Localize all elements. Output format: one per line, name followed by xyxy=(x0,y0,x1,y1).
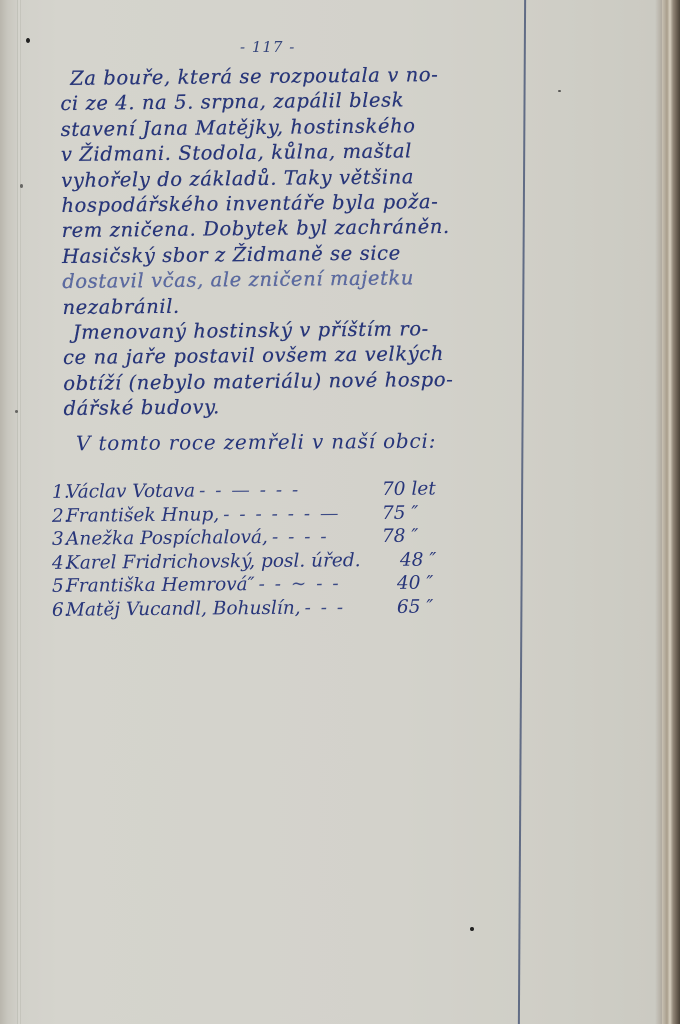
item-number: 3. xyxy=(52,529,66,550)
deceased-name: František Hnup, xyxy=(66,504,219,526)
binding-edge xyxy=(17,0,21,1024)
deaths-heading: V tomto roce zemřeli v naší obci: xyxy=(76,429,436,456)
chronicle-text: Za bouře, která se rozpoutala v no- ci z… xyxy=(60,61,534,422)
age: 65 ″ xyxy=(397,596,434,617)
item-number: 1. xyxy=(52,482,66,503)
deceased-name: Matěj Vucandl, Bohuslín, xyxy=(66,597,301,620)
list-item: 5.Františka Hemrová″- - ~ - -40 ″ xyxy=(52,572,472,599)
deceased-name: Václav Votava xyxy=(66,481,195,503)
item-number: 6. xyxy=(52,599,66,620)
scanned-page: - 117 - Za bouře, která se rozpoutala v … xyxy=(0,0,680,1024)
list-item: 6.Matěj Vucandl, Bohuslín,- - -65 ″ xyxy=(52,596,472,623)
speck xyxy=(26,38,30,43)
deaths-list: 1.Václav Votava- - — - - -70 let 2.Frant… xyxy=(52,480,472,621)
age: 40 ″ xyxy=(397,573,434,594)
age: 78 ″ xyxy=(382,526,419,547)
leader-dots: - - - - xyxy=(272,526,329,547)
leader-dots: - - — - - - xyxy=(199,480,300,502)
deceased-name: Anežka Pospíchalová, xyxy=(66,527,268,550)
item-number: 4. xyxy=(52,552,66,573)
deceased-name: Františka Hemrová″ xyxy=(66,574,255,597)
page-number: - 117 - xyxy=(240,38,295,56)
leader-dots: - - ~ - - xyxy=(258,573,340,595)
speck xyxy=(20,184,23,188)
item-number: 5. xyxy=(52,576,66,597)
speck xyxy=(15,410,18,413)
age: 75 ″ xyxy=(382,502,419,523)
list-item: 1.Václav Votava- - — - - -70 let xyxy=(52,478,472,505)
page-edge xyxy=(662,0,680,1024)
leader-dots: - - - - - - — xyxy=(223,503,340,525)
speck xyxy=(558,90,561,92)
age: 70 let xyxy=(382,478,436,499)
list-item: 3.Anežka Pospíchalová,- - - -78 ″ xyxy=(52,525,472,552)
item-number: 2. xyxy=(52,505,66,526)
deceased-name: Karel Fridrichovský, posl. úřed. xyxy=(66,550,361,574)
speck xyxy=(470,927,474,931)
age: 48 ″ xyxy=(400,549,437,570)
leader-dots: - - - xyxy=(304,597,345,618)
text-line: dářské budovy. xyxy=(63,391,533,421)
